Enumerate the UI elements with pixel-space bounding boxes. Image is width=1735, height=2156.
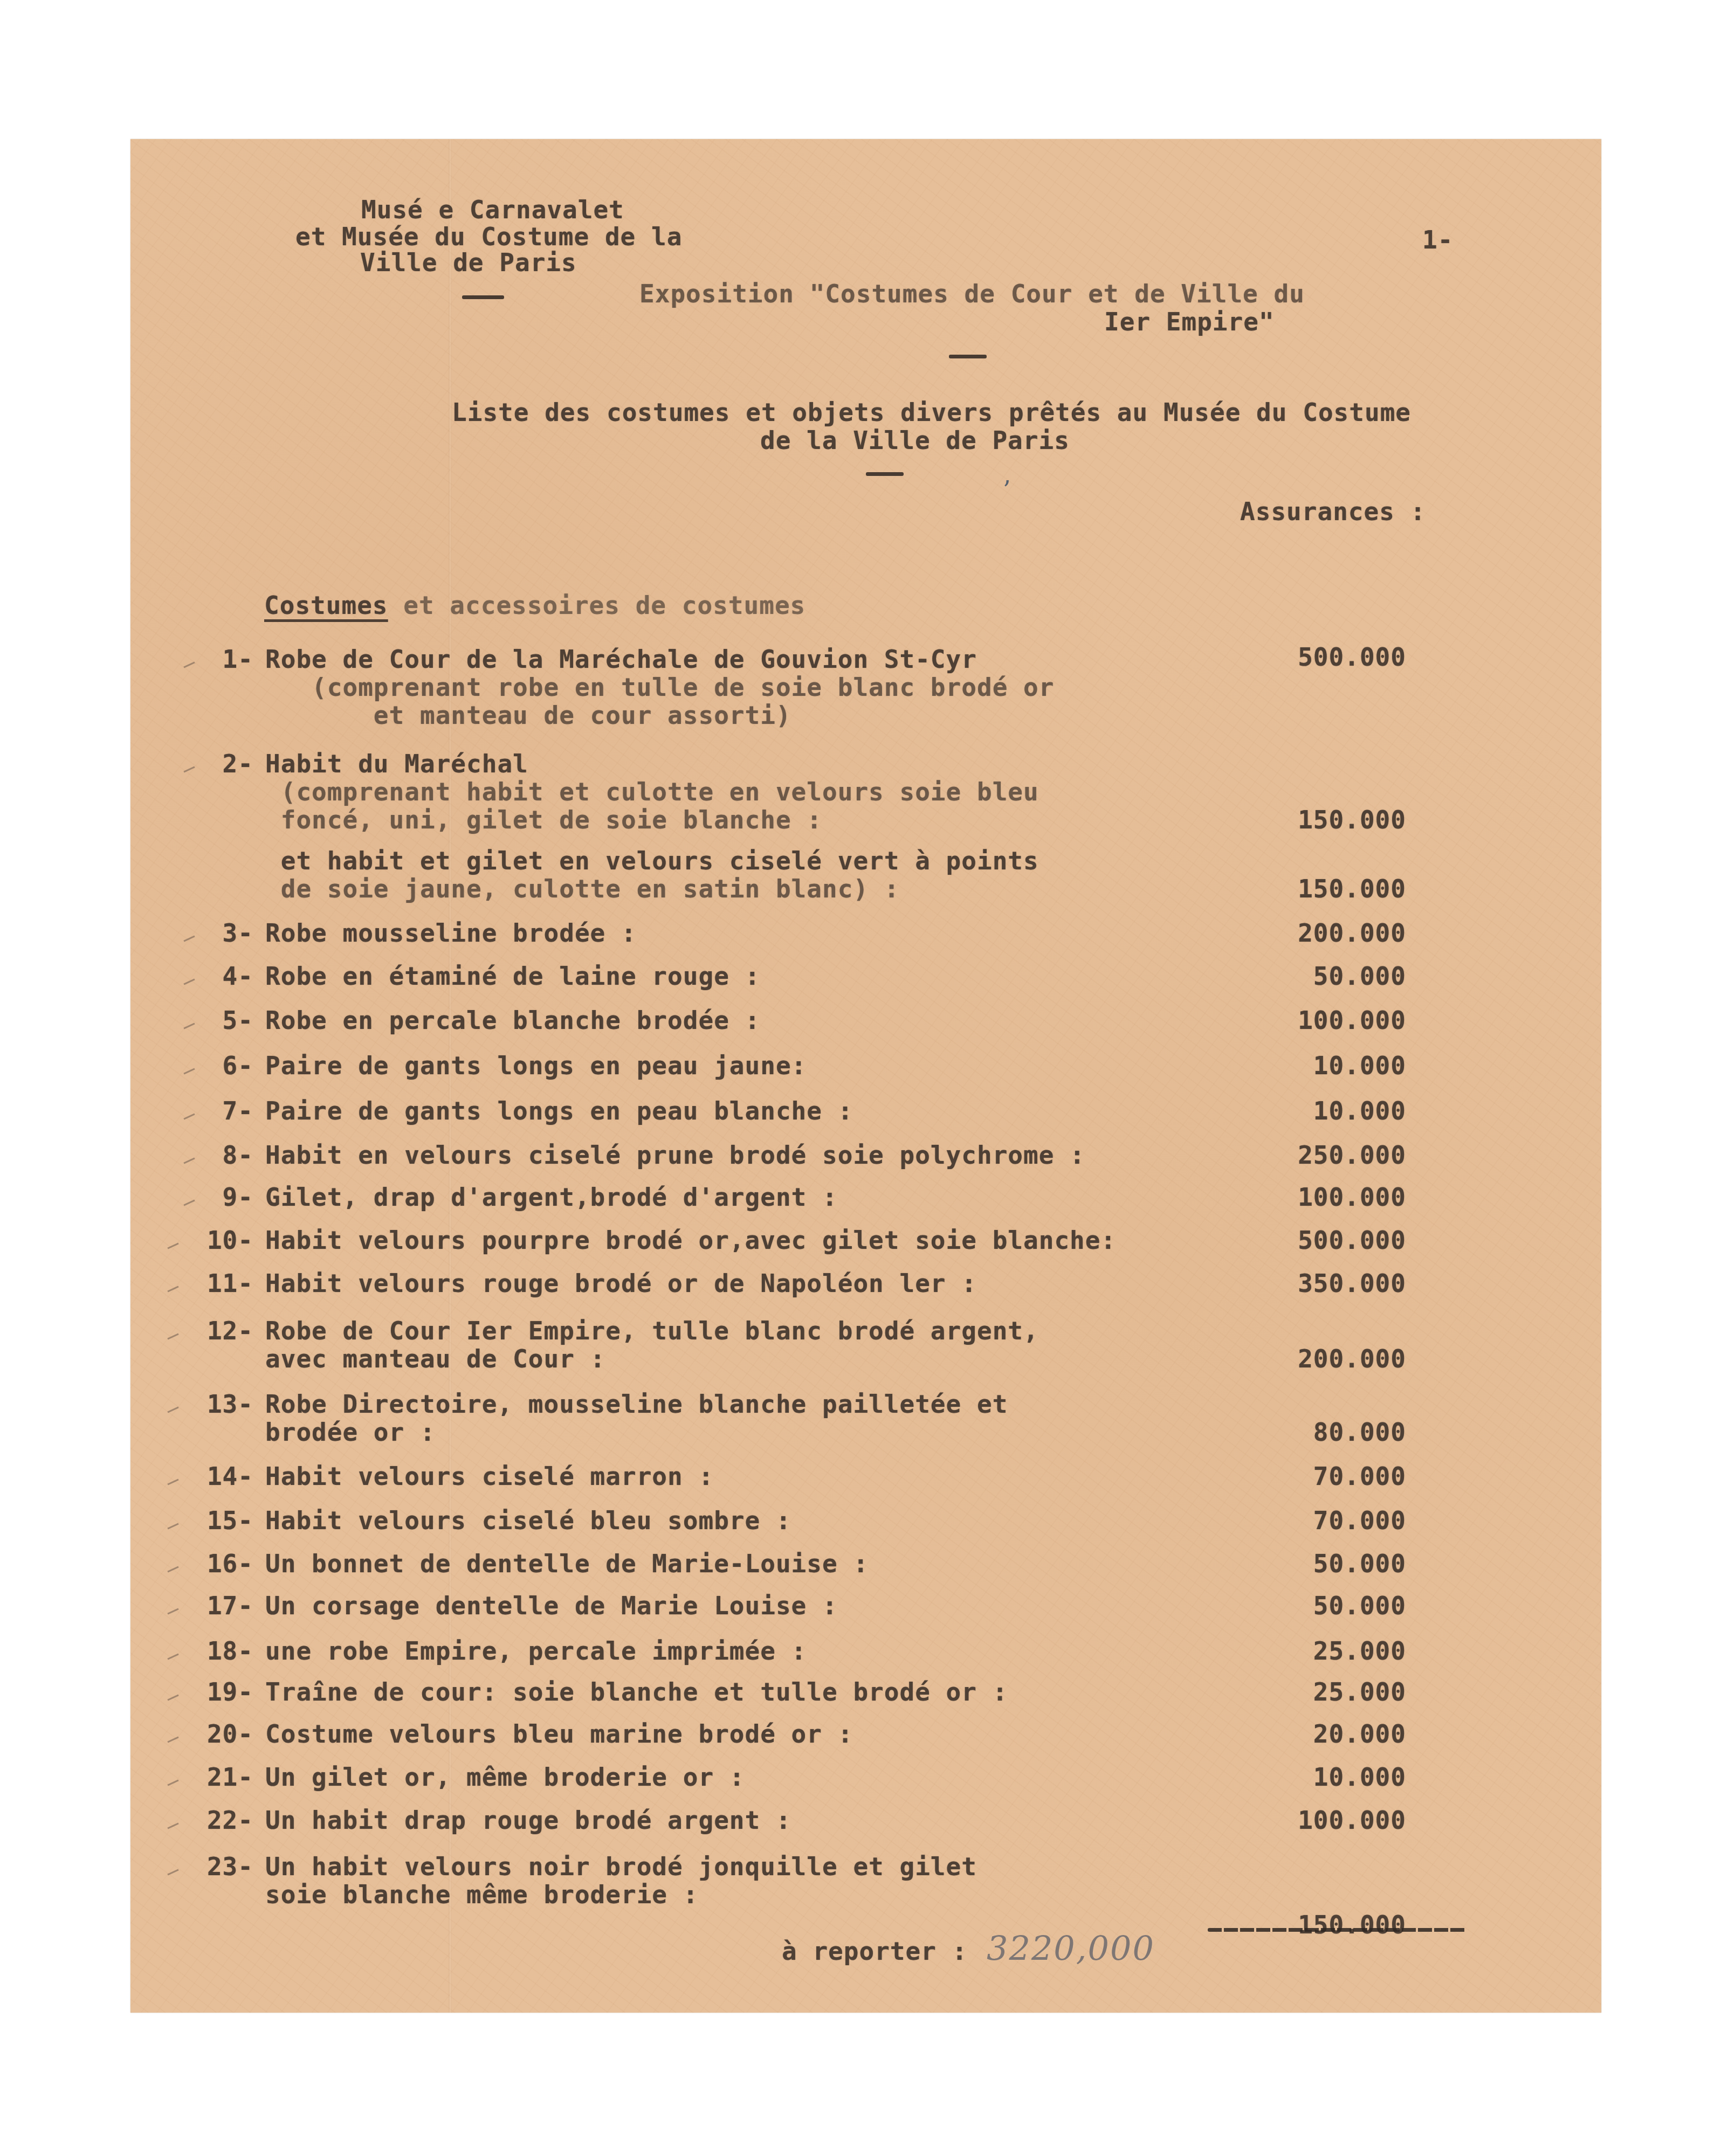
- list-title-line-1: Liste des costumes et objets divers prêt…: [452, 399, 1411, 426]
- item-description-line: Robe de Cour de la Maréchale de Gouvion …: [265, 646, 977, 673]
- item-number: 1-: [178, 646, 253, 673]
- item-description-line: (comprenant robe en tulle de soie blanc …: [265, 674, 1054, 701]
- item-description-line: et manteau de cour assorti): [265, 702, 791, 729]
- item-description-line: Un habit drap rouge brodé argent :: [265, 1807, 791, 1834]
- letterhead-line-1: Musé e Carnavalet: [361, 196, 624, 223]
- item-description-line: Un gilet or, même broderie or :: [265, 1764, 745, 1791]
- item-amount: 350.000: [1234, 1270, 1406, 1297]
- total-rule: [1208, 1928, 1467, 1932]
- item-amount: 10.000: [1234, 1764, 1406, 1791]
- item-description-line: Robe de Cour Ier Empire, tulle blanc bro…: [265, 1317, 1039, 1344]
- item-number: 2-: [178, 750, 253, 777]
- item-amount: 20.000: [1234, 1720, 1406, 1747]
- item-amount: 100.000: [1234, 1807, 1406, 1834]
- item-description-line: Robe mousseline brodée :: [265, 920, 637, 946]
- item-description-line: foncé, uni, gilet de soie blanche :: [265, 806, 822, 833]
- exposition-rule: [949, 355, 987, 358]
- item-description-line: Habit du Maréchal: [265, 750, 528, 777]
- list-title-rule: [866, 472, 904, 476]
- item-amount: 150.000: [1234, 875, 1406, 902]
- item-number: 13-: [178, 1391, 253, 1418]
- item-description-line: Habit velours ciselé bleu sombre :: [265, 1507, 791, 1534]
- item-amount: 50.000: [1234, 1592, 1406, 1619]
- item-number: 8-: [178, 1142, 253, 1169]
- item-amount: 150.000: [1234, 1911, 1406, 1938]
- item-description-line: Habit en velours ciselé prune brodé soie…: [265, 1142, 1085, 1169]
- item-number: 11-: [178, 1270, 253, 1297]
- item-description-line: Robe en percale blanche brodée :: [265, 1007, 760, 1034]
- item-amount: 10.000: [1234, 1097, 1406, 1124]
- item-amount: 100.000: [1234, 1184, 1406, 1211]
- item-description-line: de soie jaune, culotte en satin blanc) :: [265, 875, 899, 902]
- item-number: 10-: [178, 1227, 253, 1254]
- item-description-line: Robe en étaminé de laine rouge :: [265, 963, 760, 990]
- item-description-line: soie blanche même broderie :: [265, 1881, 698, 1908]
- item-amount: 10.000: [1234, 1052, 1406, 1079]
- item-number: 17-: [178, 1592, 253, 1619]
- item-number: 7-: [178, 1097, 253, 1124]
- item-amount: 200.000: [1234, 1345, 1406, 1372]
- section-heading-underlined: Costumes: [264, 591, 388, 620]
- item-description-line: et habit et gilet en velours ciselé vert…: [265, 847, 1039, 874]
- item-number: 9-: [178, 1184, 253, 1211]
- item-description-line: Habit velours pourpre brodé or,avec gile…: [265, 1227, 1116, 1254]
- carry-forward-handwritten-total: 3220,000: [987, 1929, 1155, 1968]
- item-amount: 200.000: [1234, 920, 1406, 946]
- column-header-assurances: Assurances :: [1240, 498, 1426, 525]
- item-number: 23-: [178, 1853, 253, 1880]
- item-number: 15-: [178, 1507, 253, 1534]
- pencil-mark: ’: [1003, 475, 1011, 505]
- letterhead-line-2: et Musée du Costume de la: [295, 223, 682, 250]
- item-amount: 80.000: [1234, 1419, 1406, 1446]
- item-number: 22-: [178, 1807, 253, 1834]
- item-description-line: Costume velours bleu marine brodé or :: [265, 1720, 853, 1747]
- item-description-line: (comprenant habit et culotte en velours …: [265, 778, 1039, 805]
- item-description-line: brodée or :: [265, 1419, 436, 1446]
- item-amount: 70.000: [1234, 1507, 1406, 1534]
- carry-forward-label: à reporter :: [782, 1938, 967, 1965]
- item-number: 21-: [178, 1764, 253, 1791]
- item-description-line: Paire de gants longs en peau jaune:: [265, 1052, 807, 1079]
- item-amount: 150.000: [1234, 806, 1406, 833]
- item-number: 18-: [178, 1637, 253, 1664]
- exposition-title-line-1: Exposition "Costumes de Cour et de Ville…: [639, 280, 1305, 307]
- item-number: 6-: [178, 1052, 253, 1079]
- item-number: 4-: [178, 963, 253, 990]
- list-title-line-2: de la Ville de Paris: [760, 427, 1070, 454]
- item-number: 12-: [178, 1317, 253, 1344]
- letterhead-rule: [462, 295, 504, 299]
- item-amount: 70.000: [1234, 1463, 1406, 1490]
- item-description-line: Un corsage dentelle de Marie Louise :: [265, 1592, 838, 1619]
- item-amount: 25.000: [1234, 1637, 1406, 1664]
- item-amount: 25.000: [1234, 1678, 1406, 1705]
- item-description-line: Gilet, drap d'argent,brodé d'argent :: [265, 1184, 838, 1211]
- item-description-line: Paire de gants longs en peau blanche :: [265, 1097, 853, 1124]
- item-amount: 500.000: [1234, 644, 1406, 671]
- exposition-title-line-2: Ier Empire": [1104, 308, 1275, 335]
- item-number: 19-: [178, 1678, 253, 1705]
- item-amount: 50.000: [1234, 1550, 1406, 1577]
- item-amount: 100.000: [1234, 1007, 1406, 1034]
- item-amount: 50.000: [1234, 963, 1406, 990]
- item-description-line: Traîne de cour: soie blanche et tulle br…: [265, 1678, 1008, 1705]
- item-description-line: avec manteau de Cour :: [265, 1345, 605, 1372]
- item-description-line: Un bonnet de dentelle de Marie-Louise :: [265, 1550, 869, 1577]
- section-heading-rest: et accessoires de costumes: [388, 591, 806, 620]
- section-heading: Costumes et accessoires de costumes: [264, 592, 805, 619]
- item-number: 5-: [178, 1007, 253, 1034]
- item-description-line: Habit velours rouge brodé or de Napoléon…: [265, 1270, 977, 1297]
- item-number: 3-: [178, 920, 253, 946]
- item-number: 14-: [178, 1463, 253, 1490]
- item-description-line: Un habit velours noir brodé jonquille et…: [265, 1853, 977, 1880]
- page-number: 1-: [1422, 226, 1453, 253]
- letterhead-line-3: Ville de Paris: [360, 249, 577, 276]
- item-number: 20-: [178, 1720, 253, 1747]
- item-description-line: Habit velours ciselé marron :: [265, 1463, 714, 1490]
- item-amount: 250.000: [1234, 1142, 1406, 1169]
- item-amount: 500.000: [1234, 1227, 1406, 1254]
- item-number: 16-: [178, 1550, 253, 1577]
- item-description-line: Robe Directoire, mousseline blanche pail…: [265, 1391, 1008, 1418]
- item-description-line: une robe Empire, percale imprimée :: [265, 1637, 807, 1664]
